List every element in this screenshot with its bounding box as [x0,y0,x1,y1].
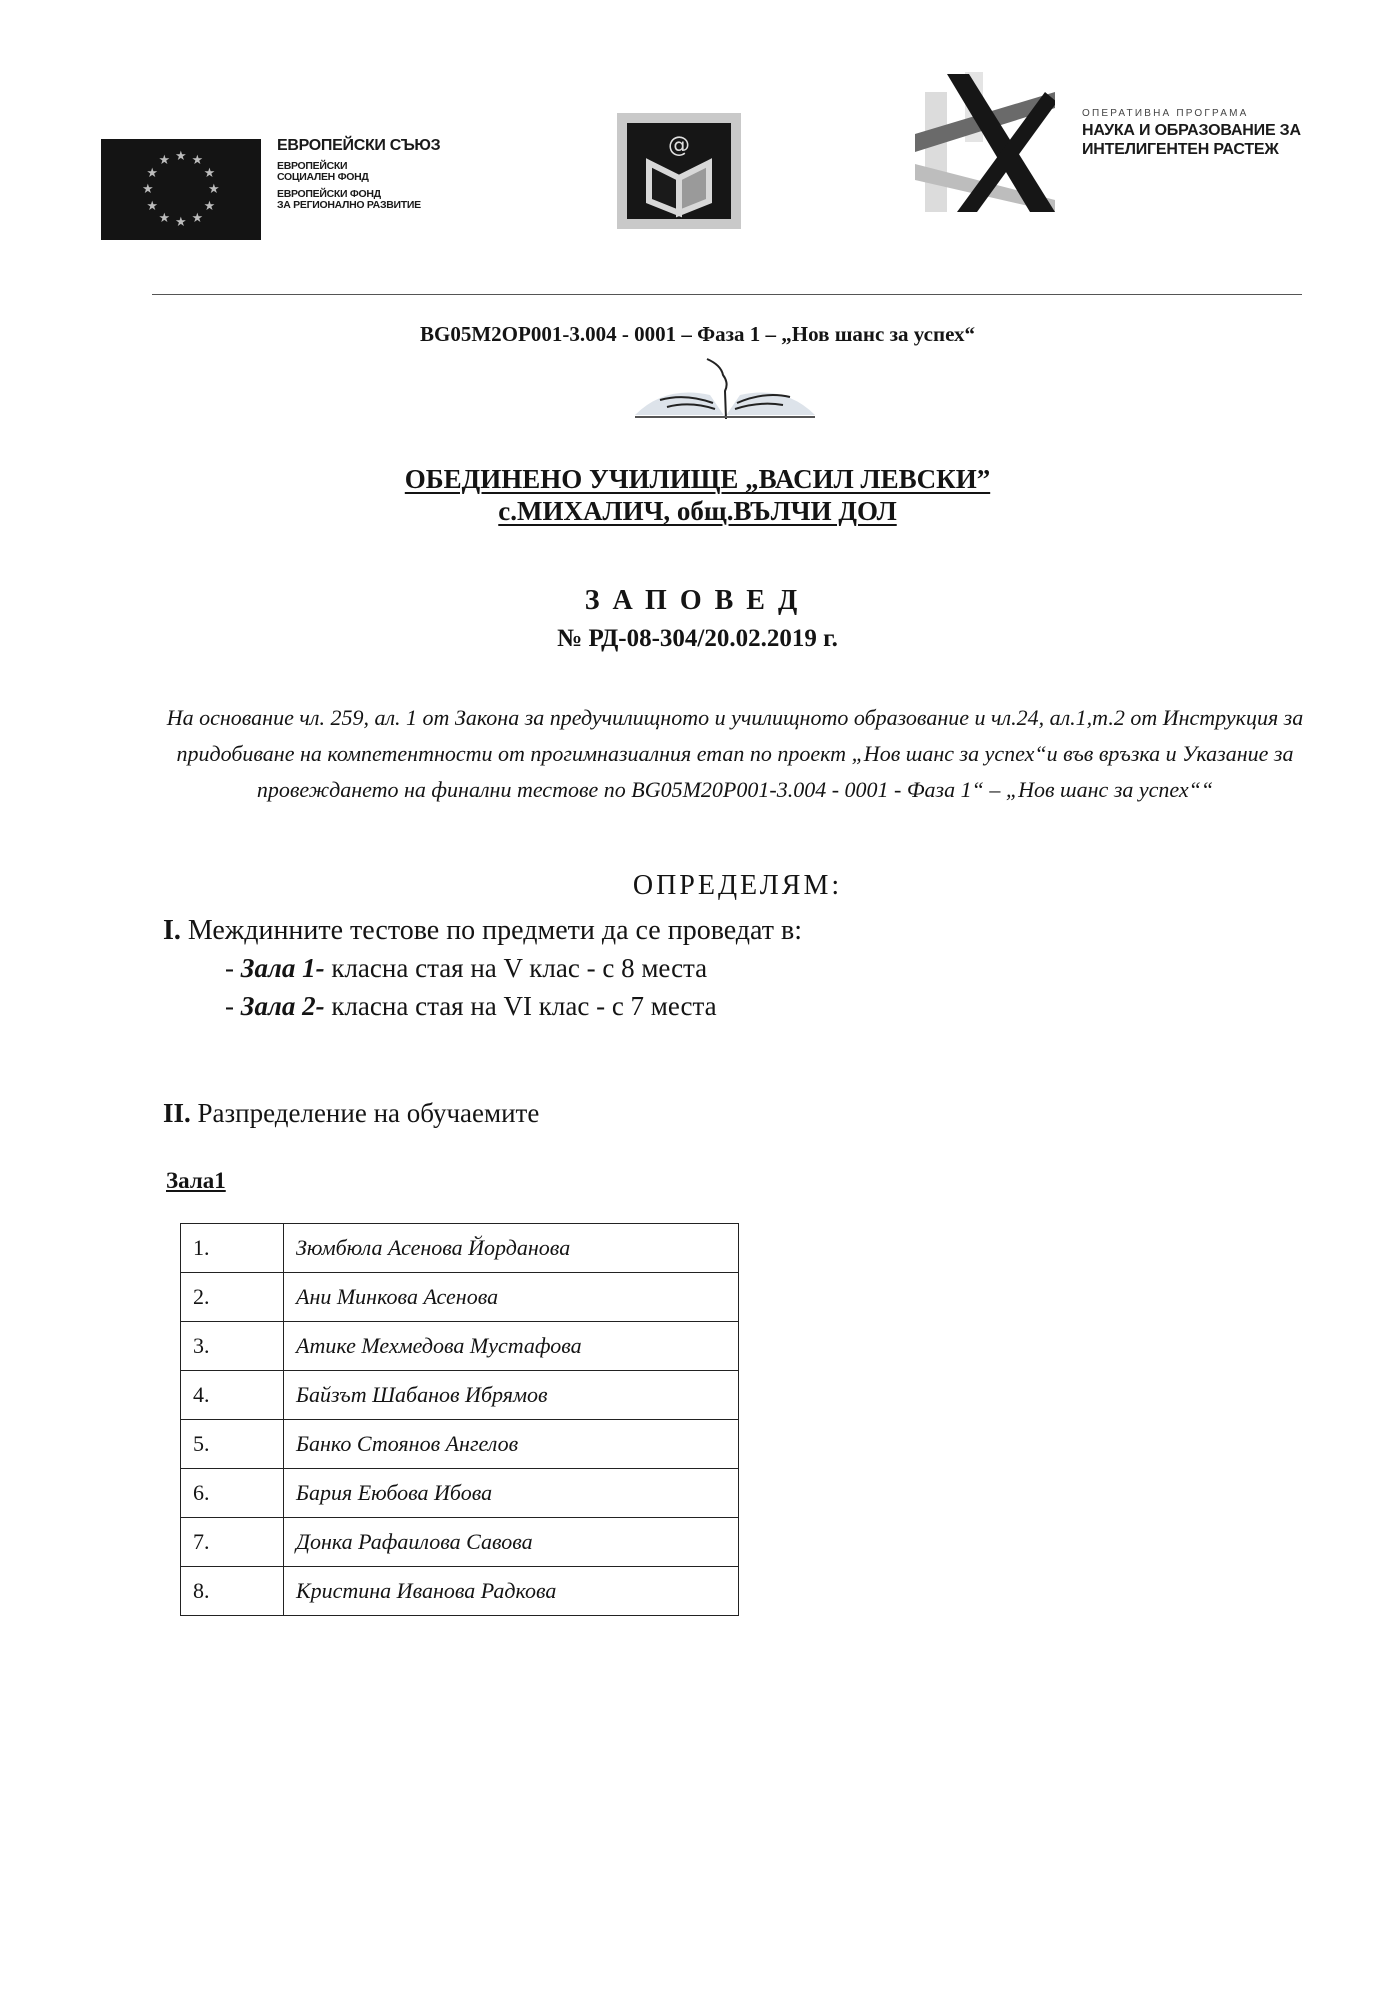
eu-title: ЕВРОПЕЙСКИ СЪЮЗ [277,138,440,155]
section-2-heading: II. Разпределение на обучаемите [163,1095,539,1131]
hall-2-line: - Зала 2- класна стая на VI клас - с 7 м… [225,991,717,1022]
table-row: 1.Зюмбюла Асенова Йорданова [181,1224,739,1273]
star-icon: ★ [208,183,220,196]
school-name-line1: ОБЕДИНЕНО УЧИЛИЩЕ „ВАСИЛ ЛЕВСКИ” [405,464,990,494]
hall-2-name: Зала 2- [241,991,325,1021]
eu-logo-text: ЕВРОПЕЙСКИ СЪЮЗ ЕВРОПЕЙСКИ СОЦИАЛЕН ФОНД… [277,138,440,217]
star-icon: ★ [159,154,171,167]
x-mark-icon [905,72,1055,212]
star-icon: ★ [204,200,216,213]
table-row: 2.Ани Минкова Асенова [181,1273,739,1322]
book-at-icon: @ [617,113,741,229]
student-name: Зюмбюла Асенова Йорданова [284,1224,739,1273]
row-number: 2. [181,1273,284,1322]
eu-fund-regional: ЕВРОПЕЙСКИ ФОНД ЗА РЕГИОНАЛНО РАЗВИТИЕ [277,189,440,211]
table-row: 6.Бария Еюбова Ибова [181,1469,739,1518]
school-name-line2: с.МИХАЛИЧ, общ.ВЪЛЧИ ДОЛ [498,496,896,526]
row-number: 6. [181,1469,284,1518]
row-number: 7. [181,1518,284,1567]
row-number: 1. [181,1224,284,1273]
open-book-icon [627,123,731,219]
school-name: ОБЕДИНЕНО УЧИЛИЩЕ „ВАСИЛ ЛЕВСКИ” с.МИХАЛ… [0,463,1395,527]
hall-2-text: класна стая на VI клас - с 7 места [331,991,716,1021]
star-icon: ★ [146,167,158,180]
section-2-number: II. [163,1098,191,1128]
eu-fund-social: ЕВРОПЕЙСКИ СОЦИАЛЕН ФОНД [277,161,440,183]
student-name: Байзът Шабанов Ибрямов [284,1371,739,1420]
op-logo-text: ОПЕРАТИВНА ПРОГРАМА НАУКА И ОБРАЗОВАНИЕ … [1082,108,1301,159]
order-number: № РД-08-304/20.02.2019 г. [0,625,1395,653]
section-1-number: I. [163,915,181,946]
project-line: BG05M2OP001-3.004 - 0001 – Фаза 1 – „Нов… [0,322,1395,347]
students-table: 1.Зюмбюла Асенова Йорданова2.Ани Минкова… [180,1223,739,1616]
section-1-heading: I. Междинните тестове по предмети да се … [163,913,802,949]
row-number: 3. [181,1322,284,1371]
student-name: Атике Мехмедова Мустафова [284,1322,739,1371]
hall-1-name: Зала 1- [241,953,325,983]
op-title-line2: ИНТЕЛИГЕНТЕН РАСТЕЖ [1082,140,1301,159]
star-icon: ★ [159,212,171,225]
hall-heading: Зала1 [166,1168,226,1194]
star-icon: ★ [192,154,204,167]
star-icon: ★ [175,216,187,229]
hall-1-line: - Зала 1- класна стая на V клас - с 8 ме… [225,953,707,984]
student-name: Донка Рафаилова Савова [284,1518,739,1567]
section-1-text: Междинните тестове по предмети да се про… [188,915,802,946]
star-icon: ★ [146,200,158,213]
header-divider [152,294,1302,295]
op-title-line1: НАУКА И ОБРАЗОВАНИЕ ЗА [1082,121,1301,140]
eu-flag-icon: ★★★★★★★★★★★★ [101,139,261,240]
preamble-paragraph: На основание чл. 259, ал. 1 от Закона за… [150,700,1320,808]
star-icon: ★ [192,212,204,225]
order-title: ЗАПОВЕД [0,585,1395,617]
star-icon: ★ [175,150,187,163]
winged-book-icon [625,355,825,423]
student-name: Кристина Иванова Радкова [284,1567,739,1616]
eu-line: СОЦИАЛЕН ФОНД [277,172,440,183]
student-name: Бария Еюбова Ибова [284,1469,739,1518]
hall-1-text: класна стая на V клас - с 8 места [331,953,707,983]
op-subtitle: ОПЕРАТИВНА ПРОГРАМА [1082,108,1301,119]
row-number: 8. [181,1567,284,1616]
student-name: Ани Минкова Асенова [284,1273,739,1322]
determine-heading: ОПРЕДЕЛЯМ: [0,870,1395,902]
star-icon: ★ [142,183,154,196]
table-row: 4.Байзът Шабанов Ибрямов [181,1371,739,1420]
star-icon: ★ [204,167,216,180]
eu-line: ЗА РЕГИОНАЛНО РАЗВИТИЕ [277,200,440,211]
section-2-text: Разпределение на обучаемите [198,1098,540,1128]
row-number: 5. [181,1420,284,1469]
table-row: 5.Банко Стоянов Ангелов [181,1420,739,1469]
row-number: 4. [181,1371,284,1420]
table-row: 7.Донка Рафаилова Савова [181,1518,739,1567]
table-row: 8.Кристина Иванова Радкова [181,1567,739,1616]
table-row: 3.Атике Мехмедова Мустафова [181,1322,739,1371]
student-name: Банко Стоянов Ангелов [284,1420,739,1469]
